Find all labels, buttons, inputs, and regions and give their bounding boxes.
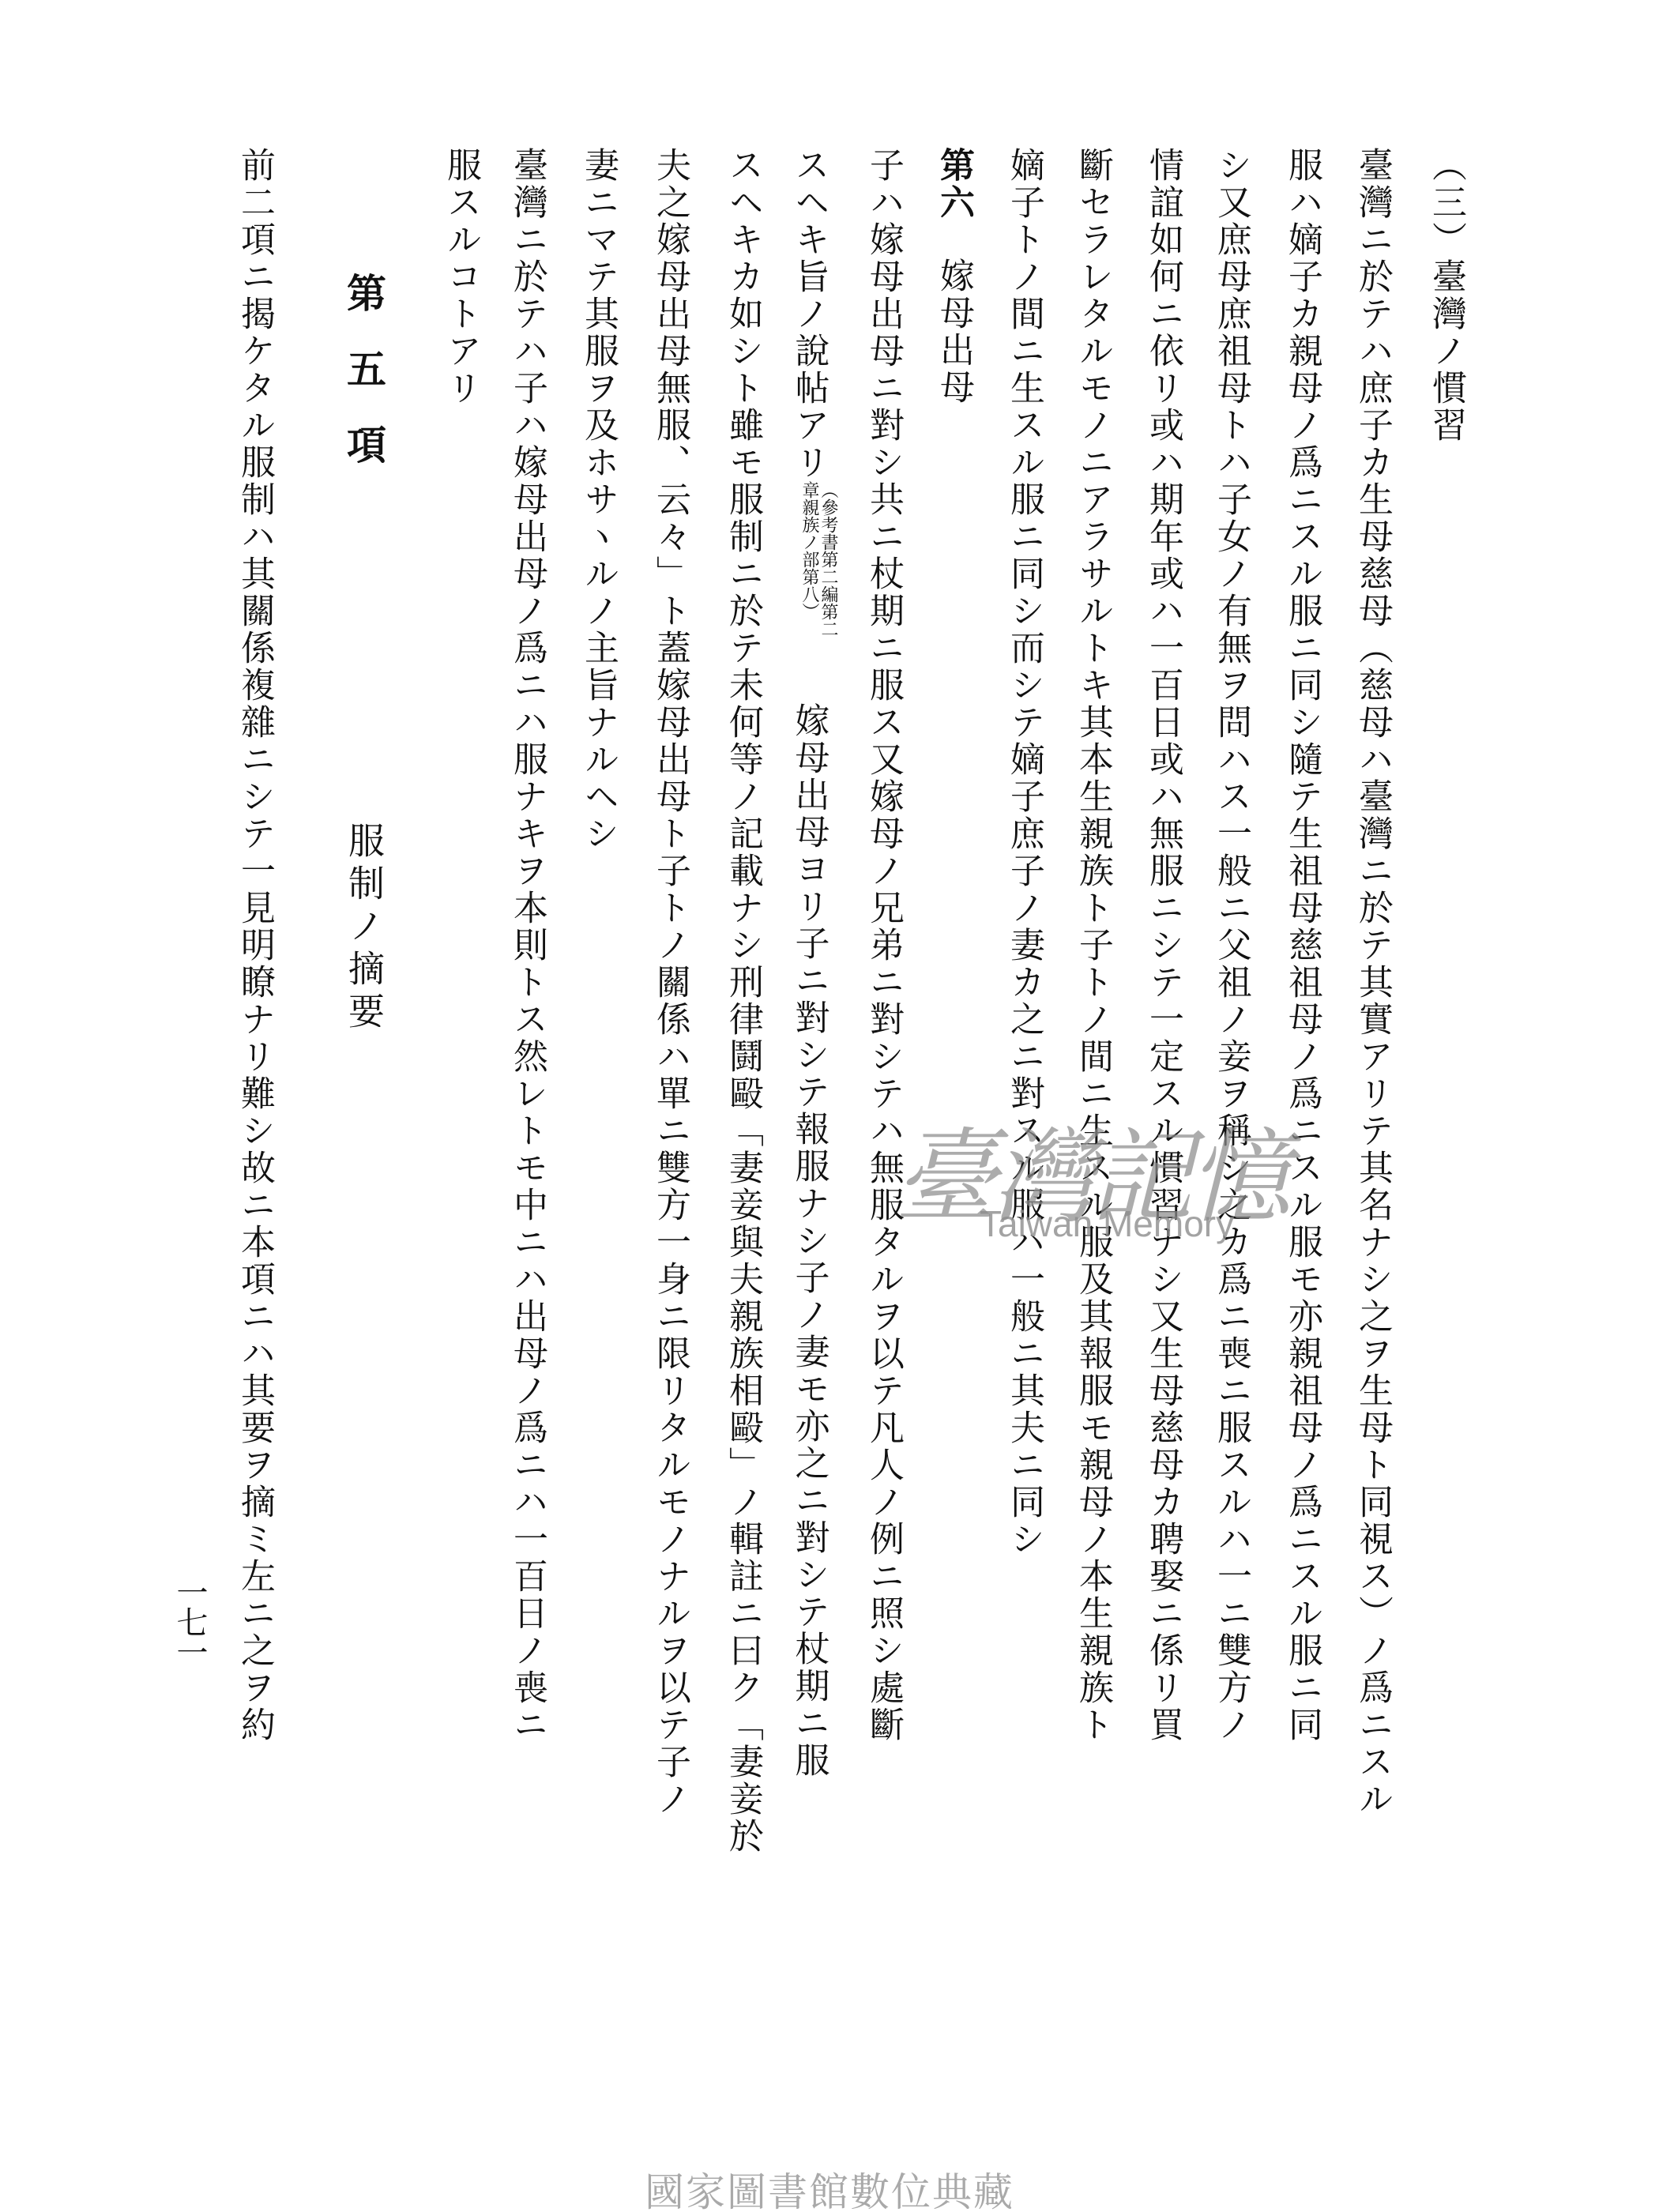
section-number-sixth: 第六 <box>934 147 974 221</box>
text-column-3: 服ハ嫡子カ親母ノ爲ニスル服ニ同シ隨テ生祖母慈祖母ノ爲ニスル服モ亦親祖母ノ爲ニスル… <box>1278 147 1326 1744</box>
text-column-13: 妻ニマテ其服ヲ及ホサヽルノ主旨ナルヘシ <box>574 147 622 852</box>
section-heading-sixth: 第六嫁母出母 <box>930 147 977 406</box>
library-footer-credit: 國家圖書館數位典藏 <box>0 2161 1659 2212</box>
document-page: （三）臺灣ノ慣習 臺灣ニ於テハ庶子カ生母慈母（慈母ハ臺灣ニ於テ其實アリテ其名ナシ… <box>0 0 1659 2212</box>
text-column-11: スヘキカ如シト雖モ服制ニ於テ未何等ノ記載ナシ刑律鬪毆「妻妾與夫親族相毆」ノ輯註ニ… <box>719 147 766 1855</box>
text-before-note: スヘキ旨ノ說帖アリ <box>789 147 829 481</box>
text-column-17: 前二項ニ揭ケタル服制ハ其關係複雜ニシテ一見明瞭ナリ難シ故ニ本項ニハ其要ヲ摘ミ左ニ… <box>231 147 278 1744</box>
text-column-5: 情誼如何ニ依リ或ハ期年或ハ一百日或ハ無服ニシテ一定スル慣習ナシ又生母慈母カ聘娶ニ… <box>1139 147 1187 1744</box>
text-after-note: 嫁母出母ヨリ子ニ對シテ報服ナシ子ノ妻モ亦之ニ對シテ杖期ニ服 <box>789 702 829 1779</box>
page-number: 一七一 <box>167 1576 213 1666</box>
reference-note-line-1: （參考書第二編第二 <box>818 481 837 702</box>
text-column-14: 臺灣ニ於テハ子ハ嫁母出母ノ爲ニハ服ナキヲ本則トス然レトモ中ニハ出母ノ爲ニハ一百日… <box>503 147 551 1744</box>
section-heading-fifth-item: 第五項 <box>335 273 392 500</box>
text-column-4: シ又庶母庶祖母トハ子女ノ有無ヲ問ハス一般ニ父祖ノ妾ヲ稱シ之カ爲ニ喪ニ服スルハ一ニ… <box>1207 147 1255 1744</box>
subheading-taiwan-custom: （三）臺灣ノ慣習 <box>1422 147 1469 444</box>
text-column-9: 子ハ嫁母出母ニ對シ共ニ杖期ニ服ス又嫁母ノ兄弟ニ對シテハ無服タルヲ以テ凡人ノ例ニ照… <box>860 147 907 1744</box>
text-column-15: 服スルコトアリ <box>437 147 484 407</box>
text-column-2: 臺灣ニ於テハ庶子カ生母慈母（慈母ハ臺灣ニ於テ其實アリテ其名ナシ之ヲ生母ト同視ス）… <box>1349 147 1396 1818</box>
text-column-12: 夫之嫁母出母無服、云々」ト蓋嫁母出母ト子トノ關係ハ單ニ雙方一身ニ限リタルモノナル… <box>646 147 694 1818</box>
section-title-remarried-divorced-mother: 嫁母出母 <box>934 258 974 406</box>
reference-note: （參考書第二編第二章親族ノ部第八） <box>798 481 837 702</box>
text-column-10: スヘキ旨ノ說帖アリ（參考書第二編第二章親族ノ部第八）嫁母出母ヨリ子ニ對シテ報服ナ… <box>790 147 837 1779</box>
section-title-mourning-summary: 服制ノ摘要 <box>338 822 390 1035</box>
text-column-6: 斷セラレタルモノニアラサルトキ其本生親族ト子トノ間ニ生スル服及其報服モ親母ノ本生… <box>1069 147 1116 1744</box>
text-column-7: 嫡子トノ間ニ生スル服ニ同シ而シテ嫡子庶子ノ妻カ之ニ對スル服ハ一般ニ其夫ニ同シ <box>1000 147 1048 1558</box>
reference-note-line-2: 章親族ノ部第八） <box>799 481 818 702</box>
